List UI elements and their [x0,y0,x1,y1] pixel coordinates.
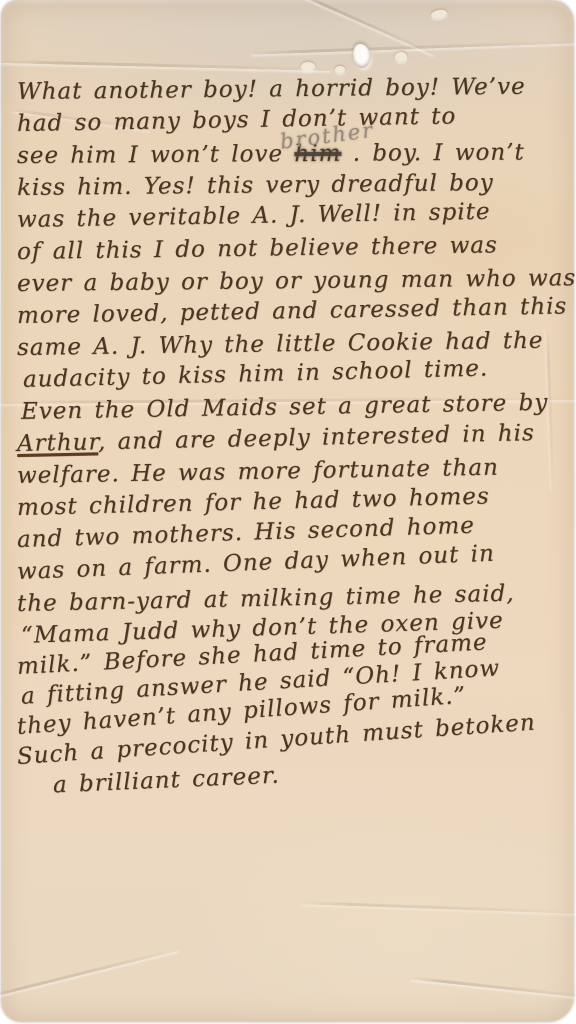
letter-paper: What another boy! a horrid boy! We’vehad… [1,0,574,1022]
paper-crease [301,901,576,914]
paper-crease [1,60,331,71]
letter-segment-strikethrough: himbrother [294,141,341,167]
letter-segment: was the veritable A. J. Well! in spite [17,199,491,233]
letter-line: of all this I do not believe there was [17,228,565,268]
paper-crease [0,948,178,999]
letter-segment: more loved, petted and caressed than thi… [17,293,568,329]
letter-segment: had so many boys I don’t want to [17,103,457,137]
letter-segment: , and are deeply interested in his [98,420,535,455]
letter-segment: of all this I do not believe there was [17,232,498,265]
letter-segment: a brilliant career. [52,763,280,799]
paper-tear [353,44,370,68]
paper-dent [395,52,407,62]
paper-dent [301,62,315,71]
letter-text: What another boy! a horrid boy! We’vehad… [17,76,565,802]
letter-segment-underline: Arthur [17,429,98,457]
scanned-letter-page: { "page": { "background_color": "#ffffff… [0,0,576,1024]
paper-crease [251,40,576,54]
letter-segment: see him I won’t love [17,141,295,169]
paper-crease [411,977,576,999]
paper-dent [430,9,447,20]
